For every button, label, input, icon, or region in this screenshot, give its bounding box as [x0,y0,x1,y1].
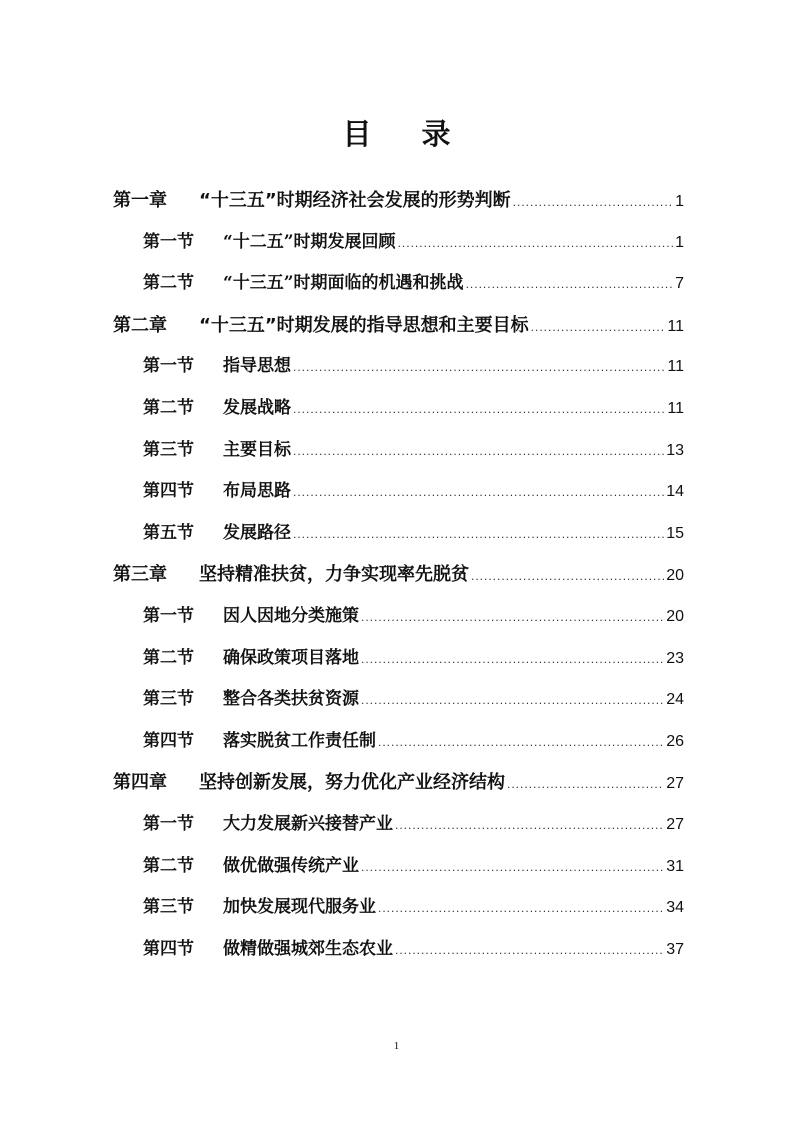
toc-entry-chapter-2[interactable]: 第二章 “十三五”时期发展的指导思想和主要目标 11 [113,305,684,347]
toc-entry-page: 14 [666,471,684,513]
toc-entry-section-4-3[interactable]: 第三节 加快发展现代服务业 34 [113,887,684,929]
toc-entry-title: 因人因地分类施策 [223,596,359,638]
dot-leader [293,389,665,431]
toc-entry-page: 37 [666,929,684,971]
toc-entry-title: 坚持精准扶贫，力争实现率先脱贫 [199,554,469,596]
toc-entry-title: 布局思路 [223,471,291,513]
toc-entry-page: 24 [666,679,684,721]
toc-entry-title: “十三五”时期经济社会发展的形势判断 [199,180,511,222]
dot-leader [293,472,664,514]
toc-entry-page: 20 [666,596,684,638]
toc-entry-page: 13 [666,430,684,472]
dot-leader [361,597,664,639]
toc-entry-title: 主要目标 [223,430,291,472]
dot-leader [395,930,664,972]
dot-leader [398,223,674,265]
table-of-contents: 第一章 “十三五”时期经济社会发展的形势判断 1 第一节 “十二五”时期发展回顾… [113,180,684,970]
dot-leader [471,556,664,598]
toc-entry-section-2-2[interactable]: 第二节 发展战略 11 [113,388,684,430]
toc-entry-title: 做精做强城郊生态农业 [223,929,393,971]
toc-entry-title: 坚持创新发展，努力优化产业经济结构 [199,762,505,804]
toc-entry-page: 27 [666,763,684,805]
page-title: 目 录 [0,112,793,156]
dot-leader [531,307,666,349]
dot-leader [361,847,664,889]
toc-entry-page: 11 [667,388,684,430]
dot-leader [466,264,674,306]
toc-entry-title: 落实脱贫工作责任制 [223,721,376,763]
toc-entry-section-2-4[interactable]: 第四节 布局思路 14 [113,471,684,513]
dot-leader [507,764,664,806]
page-number-footer: 1 [0,1040,793,1052]
toc-entry-section-2-1[interactable]: 第一节 指导思想 11 [113,346,684,388]
toc-entry-title: “十三五”时期面临的机遇和挑战 [223,263,464,305]
toc-entry-page: 27 [666,804,684,846]
toc-entry-title: 确保政策项目落地 [223,638,359,680]
toc-entry-section-4-2[interactable]: 第二节 做优做强传统产业 31 [113,846,684,888]
toc-entry-chapter-4[interactable]: 第四章 坚持创新发展，努力优化产业经济结构 27 [113,762,684,804]
toc-entry-number: 第一节 [143,346,223,388]
toc-entry-title: 大力发展新兴接替产业 [223,804,393,846]
toc-entry-title: 指导思想 [223,346,291,388]
toc-entry-title: “十三五”时期发展的指导思想和主要目标 [199,305,529,347]
dot-leader [361,639,664,681]
toc-entry-section-3-4[interactable]: 第四节 落实脱贫工作责任制 26 [113,721,684,763]
toc-entry-chapter-3[interactable]: 第三章 坚持精准扶贫，力争实现率先脱贫 20 [113,554,684,596]
toc-entry-number: 第三节 [143,430,223,472]
toc-entry-section-3-2[interactable]: 第二节 确保政策项目落地 23 [113,638,684,680]
toc-entry-title: 整合各类扶贫资源 [223,679,359,721]
dot-leader [378,888,664,930]
dot-leader [513,182,673,224]
toc-entry-page: 7 [675,263,684,305]
dot-leader [293,431,664,473]
toc-entry-page: 1 [675,181,684,223]
toc-entry-page: 15 [666,513,684,555]
dot-leader [293,514,664,556]
toc-entry-chapter-1[interactable]: 第一章 “十三五”时期经济社会发展的形势判断 1 [113,180,684,222]
toc-entry-page: 11 [667,346,684,388]
toc-entry-section-4-1[interactable]: 第一节 大力发展新兴接替产业 27 [113,804,684,846]
toc-entry-number: 第一节 [143,222,223,264]
toc-entry-section-2-3[interactable]: 第三节 主要目标 13 [113,430,684,472]
toc-entry-number: 第二节 [143,846,223,888]
toc-entry-number: 第三节 [143,679,223,721]
toc-entry-number: 第二节 [143,638,223,680]
toc-entry-title: 发展战略 [223,388,291,430]
dot-leader [395,805,664,847]
toc-entry-section-3-3[interactable]: 第三节 整合各类扶贫资源 24 [113,679,684,721]
toc-entry-title: 发展路径 [223,513,291,555]
toc-entry-section-4-4[interactable]: 第四节 做精做强城郊生态农业 37 [113,929,684,971]
toc-entry-page: 20 [666,555,684,597]
toc-entry-number: 第四节 [143,721,223,763]
toc-entry-number: 第五节 [143,513,223,555]
toc-entry-number: 第三章 [113,554,199,596]
toc-entry-number: 第二节 [143,388,223,430]
dot-leader [378,722,664,764]
toc-entry-number: 第一章 [113,180,199,222]
toc-entry-number: 第四节 [143,471,223,513]
toc-entry-page: 26 [666,721,684,763]
toc-entry-number: 第四章 [113,762,199,804]
toc-entry-page: 1 [675,222,684,264]
toc-entry-title: “十二五”时期发展回顾 [223,222,396,264]
toc-entry-section-1-1[interactable]: 第一节 “十二五”时期发展回顾 1 [113,222,684,264]
toc-entry-number: 第三节 [143,887,223,929]
toc-entry-number: 第一节 [143,596,223,638]
toc-entry-title: 加快发展现代服务业 [223,887,376,929]
toc-entry-number: 第一节 [143,804,223,846]
toc-entry-section-2-5[interactable]: 第五节 发展路径 15 [113,513,684,555]
toc-entry-page: 34 [666,887,684,929]
toc-entry-section-1-2[interactable]: 第二节 “十三五”时期面临的机遇和挑战 7 [113,263,684,305]
dot-leader [361,680,664,722]
toc-entry-section-3-1[interactable]: 第一节 因人因地分类施策 20 [113,596,684,638]
toc-entry-page: 23 [666,638,684,680]
toc-entry-page: 31 [666,846,684,888]
toc-entry-number: 第四节 [143,929,223,971]
dot-leader [293,347,665,389]
toc-entry-number: 第二章 [113,305,199,347]
toc-entry-number: 第二节 [143,263,223,305]
toc-entry-title: 做优做强传统产业 [223,846,359,888]
toc-entry-page: 11 [667,306,684,348]
